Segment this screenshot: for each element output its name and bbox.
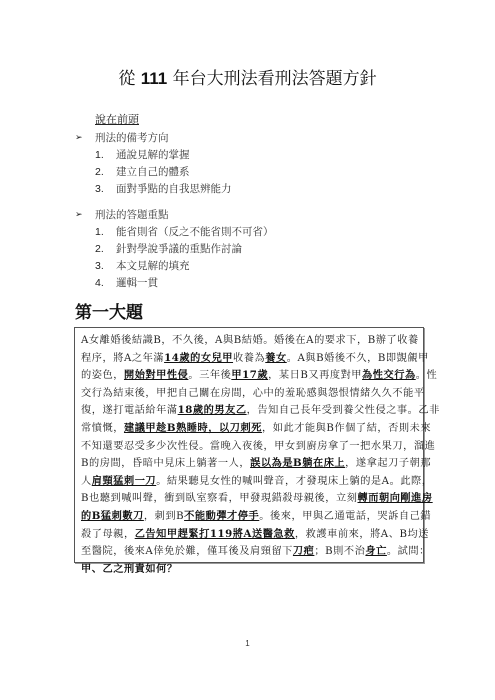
question-line: 人肩頸猛刺一刀。結果聽見女性的喊叫聲音，才發現床上躺的是A。此際， <box>81 473 418 491</box>
numbered-item: 1. 能省則省（反之不能省則不可省） <box>75 223 435 240</box>
bullet-label: 刑法的答題重點 <box>95 207 169 222</box>
text-segment: 交行為結束後，甲把自己關在房間，心中的羞恥感與怨恨情緒久久不能平 <box>81 388 425 399</box>
text-segment: 復，遂打電話給年滿 <box>81 405 178 416</box>
item-text: 通說見解的掌握 <box>116 147 190 162</box>
item-number: 4. <box>95 277 116 289</box>
text-segment: ，如此才能與B作個了結，否則未來 <box>262 423 431 434</box>
text-segment: 不知還要忍受多少次性侵。當晚入夜後，甲女到廚房拿了一把水果刀，溜進 <box>81 441 435 452</box>
text-segment: 的姿色， <box>81 370 124 381</box>
text-segment: B的房間，昏暗中見床上躺著一人， <box>81 458 250 469</box>
numbered-item: 2. 建立自己的體系 <box>75 163 435 180</box>
numbered-item: 4. 邏輯一貫 <box>75 274 435 291</box>
item-text: 面對爭點的自我思辨能力 <box>116 181 232 196</box>
text-segment: 收養為 <box>233 353 265 364</box>
arrowhead-bullet-icon: ➢ <box>75 133 95 143</box>
item-number: 1. <box>95 226 116 238</box>
question-line: 的姿色，開始對甲性侵。三年後甲17歲，某日B又再度對甲為性交行為。性 <box>81 367 418 385</box>
section-exam-prep: ➢ 刑法的備考方向 1. 通說見解的掌握 2. 建立自己的體系 3. 面對爭點的… <box>75 129 435 197</box>
item-text: 建立自己的體系 <box>116 164 190 179</box>
title-prefix: 從 <box>118 69 140 89</box>
text-segment: 。試問： <box>387 546 430 557</box>
question-box: A女離婚後結識B，不久後，A與B結婚。婚後在A的要求下，B辦了收養程序，將A之年… <box>74 327 424 563</box>
emphasized-text: 開始對甲性侵 <box>124 369 188 381</box>
text-segment: ，某日B又再度對甲 <box>268 370 362 381</box>
emphasized-text: 肩頸猛刺一刀 <box>92 475 156 487</box>
question-line: 的B猛刺數刀，刺到B不能動彈才停手。後來，甲與乙通電話，哭訴自己錯 <box>81 508 418 526</box>
item-text: 能省則省（反之不能省則不可省） <box>116 224 274 239</box>
title-year: 111 <box>141 69 168 88</box>
text-segment: 程序，將A之年滿 <box>81 353 164 364</box>
emphasized-text: 建議甲趁B熟睡時，以刀刺死 <box>124 422 262 434</box>
section-answer-focus: ➢ 刑法的答題重點 1. 能省則省（反之不能省則不可省） 2. 針對學說爭議的重… <box>75 206 435 291</box>
text-segment: ，遂拿起刀子朝那 <box>345 458 431 469</box>
text-segment: 。後來，甲與乙通電話，哭訴自己錯 <box>259 511 431 522</box>
item-number: 3. <box>95 260 116 272</box>
emphasized-text: 不能動彈才停手 <box>184 510 259 522</box>
emphasized-text: 的B猛刺數刀 <box>81 510 144 522</box>
question-line: B也聽到喊叫聲，衝到臥室察看，甲發現錯殺母親後，立刻轉而朝向剛進房 <box>81 490 418 508</box>
item-number: 2. <box>95 243 116 255</box>
text-segment: ；B則不治 <box>314 546 365 557</box>
numbered-item: 3. 本文見解的填充 <box>75 257 435 274</box>
emphasized-text: 養女 <box>265 352 286 364</box>
emphasized-text: 甲17歲 <box>231 369 268 381</box>
emphasized-text: 為性交行為 <box>362 369 416 381</box>
text-segment: B也聽到喊叫聲，衝到臥室察看，甲發現錯殺母親後，立刻 <box>81 493 357 504</box>
text-segment: A女離婚後結識B，不久後，A與B結婚。婚後在A的要求下，B辦了收養 <box>81 335 419 346</box>
question-line: 復，遂打電話給年滿18歲的男友乙，告知自己長年受到養父性侵之事。乙非 <box>81 402 418 420</box>
emphasized-text: 乙告知甲趕緊打119將A送醫急救 <box>135 528 295 540</box>
question-line: 至醫院，後來A倖免於難，僅耳後及肩頸留下刀疤；B則不治身亡。試問： <box>81 543 418 561</box>
question-heading: 第一大題 <box>75 298 143 323</box>
text-segment: 人 <box>81 476 92 487</box>
question-line: 甲、乙之刑責如何？ <box>81 561 418 579</box>
emphasized-text: 誤以為是B躺在床上 <box>250 457 345 469</box>
page-number: 1 <box>0 639 495 648</box>
item-number: 1. <box>95 149 116 161</box>
question-line: 程序，將A之年滿14歲的女兒甲收養為養女。A與B婚後不久，B即覬覦甲 <box>81 350 418 368</box>
bullet-item: ➢ 刑法的答題重點 <box>75 206 435 223</box>
item-text: 邏輯一貫 <box>116 275 158 290</box>
question-line: A女離婚後結識B，不久後，A與B結婚。婚後在A的要求下，B辦了收養 <box>81 332 418 350</box>
text-segment: 。性 <box>416 370 437 381</box>
text-segment: 殺了母親， <box>81 529 135 540</box>
numbered-item: 1. 通說見解的掌握 <box>75 146 435 163</box>
text-segment: ，告知自己長年受到養父性侵之事。乙非 <box>247 405 440 416</box>
numbered-item: 3. 面對爭點的自我思辨能力 <box>75 180 435 197</box>
page-title: 從 111 年台大刑法看刑法答題方針 <box>0 64 495 89</box>
emphasized-text: 18歲的男友乙 <box>178 404 247 416</box>
item-text: 針對學說爭議的重點作討論 <box>116 241 242 256</box>
text-segment: ，救護車前來，將A、B均送 <box>295 529 429 540</box>
emphasized-text: 刀疤 <box>293 545 314 557</box>
bullet-item: ➢ 刑法的備考方向 <box>75 129 435 146</box>
question-line: B的房間，昏暗中見床上躺著一人，誤以為是B躺在床上，遂拿起刀子朝那 <box>81 455 418 473</box>
item-number: 2. <box>95 166 116 178</box>
text-segment: 。三年後 <box>188 370 231 381</box>
item-number: 3. <box>95 183 116 195</box>
text-segment: 。結果聽見女性的喊叫聲音，才發現床上躺的是A。此際， <box>156 476 432 487</box>
title-suffix: 年台大刑法看刑法答題方針 <box>167 69 376 89</box>
text-segment: 常憤慨， <box>81 423 124 434</box>
emphasized-text: 身亡 <box>365 545 386 557</box>
question-line: 交行為結束後，甲把自己關在房間，心中的羞恥感與怨恨情緒久久不能平 <box>81 385 418 403</box>
numbered-item: 2. 針對學說爭議的重點作討論 <box>75 240 435 257</box>
item-text: 本文見解的填充 <box>116 258 190 273</box>
preface-heading: 說在前頭 <box>95 111 139 127</box>
arrowhead-bullet-icon: ➢ <box>75 210 95 220</box>
question-line: 不知還要忍受多少次性侵。當晚入夜後，甲女到廚房拿了一把水果刀，溜進 <box>81 438 418 456</box>
emphasized-text: 14歲的女兒甲 <box>164 352 233 364</box>
text-segment: 至醫院，後來A倖免於難，僅耳後及肩頸留下 <box>81 546 293 557</box>
bullet-label: 刑法的備考方向 <box>95 130 169 145</box>
emphasized-text: 轉而朝向剛進房 <box>357 492 432 504</box>
emphasized-text: 甲、乙之刑責如何？ <box>81 563 178 575</box>
question-line: 常憤慨，建議甲趁B熟睡時，以刀刺死，如此才能與B作個了結，否則未來 <box>81 420 418 438</box>
text-segment: ，刺到B <box>144 511 184 522</box>
text-segment: 。A與B婚後不久，B即覬覦甲 <box>287 353 429 364</box>
question-line: 殺了母親，乙告知甲趕緊打119將A送醫急救，救護車前來，將A、B均送 <box>81 526 418 544</box>
